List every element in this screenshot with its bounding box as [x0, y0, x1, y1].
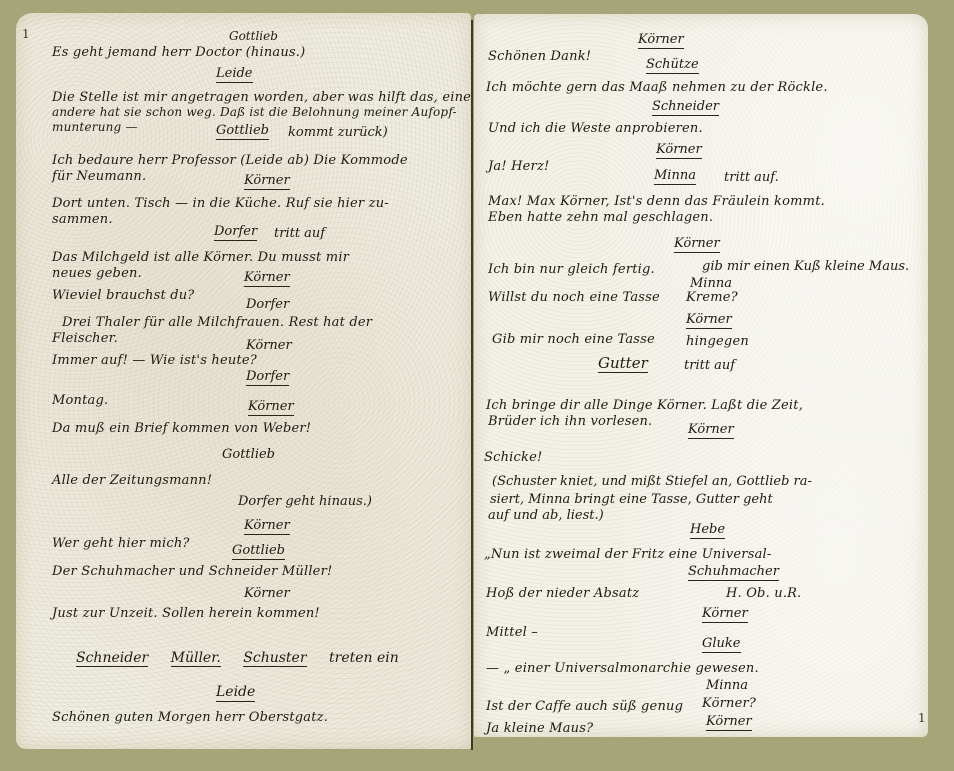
speaker-name: Körner: [244, 518, 290, 535]
speaker-name: Körner: [706, 714, 752, 731]
dialogue-line: Ich möchte gern das Maaß nehmen zu der R…: [486, 80, 828, 95]
dialogue-line: Ja kleine Maus?: [486, 721, 593, 736]
dialogue-line: Brüder ich ihn vorlesen.: [488, 414, 652, 429]
speaker-name: Schneider: [652, 99, 719, 116]
speaker-name: Gottlieb: [229, 29, 278, 45]
speaker-name: Leide: [216, 685, 255, 702]
dialogue-line: Eben hatte zehn mal geschlagen.: [488, 210, 713, 225]
dialogue-line: Alle der Zeitungsmann!: [52, 473, 212, 488]
dialogue-line: Drei Thaler für alle Milchfrauen. Rest h…: [62, 315, 372, 330]
speaker-name: Dorfer: [246, 369, 289, 386]
cast-name: Schneider: [76, 650, 148, 667]
dialogue-line: Willst du noch eine Tasse: [488, 290, 660, 305]
speaker-name: Körner: [688, 422, 734, 439]
dialogue-line: munterung —: [52, 120, 138, 135]
stage-direction: (Schuster kniet, und mißt Stiefel an, Go…: [492, 474, 812, 489]
speaker-name: Gluke: [702, 636, 741, 653]
stage-direction: tritt auf: [684, 358, 735, 373]
dialogue-tail: Kreme?: [686, 290, 738, 305]
dialogue-line: Ich bedaure herr Professor (Leide ab) Di…: [52, 153, 408, 168]
speaker-name: Dorfer: [246, 297, 289, 313]
dialogue-line: — „ einer Universalmonarchie gewesen.: [486, 661, 759, 676]
dialogue-line: andere hat sie schon weg. Daß ist die Be…: [52, 105, 457, 120]
speaker-name: Körner: [638, 32, 684, 49]
dialogue-tail: hingegen: [686, 334, 749, 349]
dialogue-line: Und ich die Weste anprobieren.: [488, 121, 703, 136]
dialogue-line: Fleischer.: [52, 331, 118, 346]
speaker-name: Hebe: [690, 522, 725, 539]
speaker-name: Gottlieb: [216, 123, 269, 140]
speaker-name: Körner: [248, 399, 294, 416]
stage-direction: auf und ab, liest.): [488, 508, 604, 523]
dialogue-line: Die Stelle ist mir angetragen worden, ab…: [52, 90, 471, 105]
dialogue-line: Wer geht hier mich?: [52, 536, 190, 551]
speaker-name: Körner: [674, 236, 720, 253]
speaker-name: Körner: [702, 606, 748, 623]
dialogue-line: Schicke!: [484, 450, 542, 465]
speaker-name: Körner: [686, 312, 732, 329]
dialogue-line: Ich bringe dir alle Dinge Körner. Laßt d…: [486, 398, 803, 413]
dialogue-line: Der Schuhmacher und Schneider Müller!: [52, 564, 332, 579]
page-corner-mark: 1: [22, 27, 30, 41]
dialogue-line: Ja! Herz!: [488, 159, 549, 174]
dialogue-line: Mittel –: [486, 625, 538, 640]
book-gutter: [471, 20, 473, 750]
manuscript-scan: 1 Gottlieb Es geht jemand herr Doctor (h…: [0, 0, 954, 771]
stage-direction: tritt auf: [274, 226, 325, 241]
dialogue-line: Montag.: [52, 393, 108, 408]
dialogue-line: Hoß der nieder Absatz: [486, 586, 639, 601]
dialogue-line: Schönen Dank!: [488, 49, 591, 64]
stage-direction: gib mir einen Kuß kleine Maus.: [702, 259, 909, 274]
dialogue-line: Dort unten. Tisch — in die Küche. Ruf si…: [52, 196, 389, 211]
speaker-name: Gutter: [598, 356, 648, 373]
speaker-name: Schütze: [646, 57, 699, 74]
speaker-name: Schuhmacher: [688, 564, 779, 581]
dialogue-line: neues geben.: [52, 266, 142, 281]
stage-direction: Dorfer geht hinaus.): [238, 494, 372, 509]
dialogue-line: Es geht jemand herr Doctor (hinaus.): [52, 45, 305, 60]
cast-name: Müller.: [171, 650, 221, 667]
dialogue-line: „Nun ist zweimal der Fritz eine Universa…: [484, 547, 772, 562]
speaker-name: Gottlieb: [232, 543, 285, 560]
speaker-name: Körner: [244, 270, 290, 287]
right-page: 1 Körner Schönen Dank! Schütze Ich möcht…: [474, 14, 928, 737]
page-corner-mark: 1: [918, 711, 926, 725]
speaker-name: Körner: [246, 338, 292, 354]
dialogue-line: für Neumann.: [52, 169, 146, 184]
speaker-name: Körner: [244, 586, 290, 602]
dialogue-line: Just zur Unzeit. Sollen herein kommen!: [52, 606, 320, 621]
dialogue-line: Da muß ein Brief kommen von Weber!: [52, 421, 311, 436]
cast-name: Schuster: [243, 650, 306, 667]
speaker-name: Gottlieb: [222, 447, 275, 463]
speaker-name: Minna: [654, 168, 696, 185]
dialogue-line: Immer auf! — Wie ist's heute?: [52, 353, 257, 368]
dialogue-line: Ich bin nur gleich fertig.: [488, 262, 655, 277]
stage-direction: treten ein: [329, 650, 399, 666]
dialogue-line: Ist der Caffe auch süß genug: [486, 699, 683, 714]
stage-direction: tritt auf.: [724, 170, 779, 185]
speaker-name: Dorfer: [214, 224, 257, 241]
dialogue-line: Schönen guten Morgen herr Oberstgatz.: [52, 710, 328, 725]
dialogue-tail: H. Ob. u.R.: [726, 586, 801, 601]
dialogue-line: Wieviel brauchst du?: [52, 288, 194, 303]
dialogue-line: Gib mir noch eine Tasse: [492, 332, 655, 347]
speaker-name: Körner: [244, 173, 290, 190]
left-page: 1 Gottlieb Es geht jemand herr Doctor (h…: [16, 13, 471, 749]
cast-entrance-line: Schneider Müller. Schuster treten ein: [76, 650, 399, 666]
speaker-name: Leide: [216, 66, 253, 83]
dialogue-tail: Körner?: [702, 696, 756, 711]
stage-direction: siert, Minna bringt eine Tasse, Gutter g…: [490, 492, 773, 507]
speaker-name: Körner: [656, 142, 702, 159]
dialogue-line: Max! Max Körner, Ist's denn das Fräulein…: [488, 194, 825, 209]
speaker-name: Minna: [706, 678, 748, 694]
dialogue-line: Das Milchgeld ist alle Körner. Du musst …: [52, 250, 349, 265]
stage-direction: kommt zurück): [288, 125, 388, 140]
dialogue-line: sammen.: [52, 212, 113, 227]
